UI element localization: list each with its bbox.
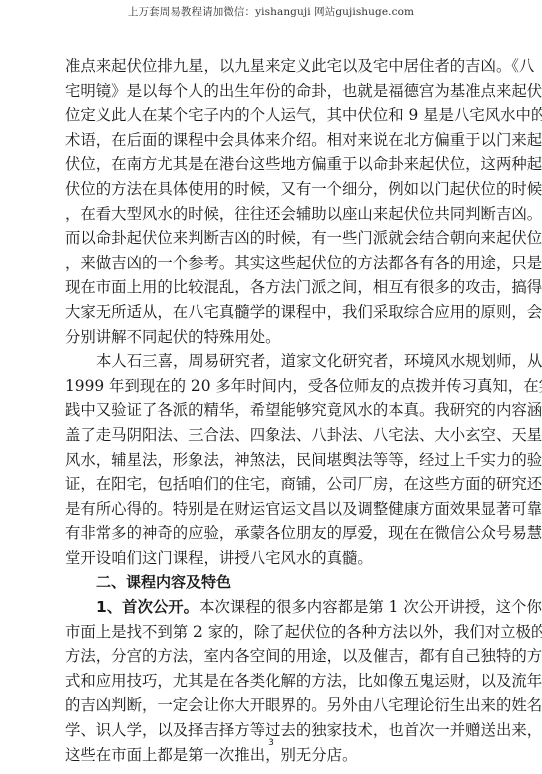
text-span: 本次课程的很多内容都是第 1 次公开讲授，这个你在 xyxy=(199,598,542,616)
text-line: 1、首次公开。本次课程的很多内容都是第 1 次公开讲授，这个你在 xyxy=(65,595,479,620)
section-heading: 二、课程内容及特色 xyxy=(65,570,479,595)
text-line: 1999 年到现在的 20 多年时间内，受各位师友的点拨并传习真知，在实 xyxy=(65,374,479,399)
text-line: 风水，辅星法，形象法，神煞法，民间堪舆法等等，经过上千实力的验 xyxy=(65,448,479,473)
document-body: 准点来起伏位排九星，以九星来定义此宅以及宅中居住者的吉凶。《八 宅明镜》是以每个… xyxy=(65,54,479,767)
text-line: 方法，分宫的方法，室内各空间的用途，以及催吉，都有自己独特的方 xyxy=(65,644,479,669)
paragraph-1: 准点来起伏位排九星，以九星来定义此宅以及宅中居住者的吉凶。《八 宅明镜》是以每个… xyxy=(65,54,479,349)
text-line: 分别讲解不同起伏的特殊用处。 xyxy=(65,325,479,350)
text-line: 现在市面上用的比较混乱，各方法门派之间，相互有很多的攻击，搞得 xyxy=(65,275,479,300)
page-header-watermark: 上万套周易教程请加微信：yishanguji 网站gujishuge.com xyxy=(0,4,542,19)
text-line: 市面上是找不到第 2 家的，除了起伏位的各种方法以外，我们对立极的 xyxy=(65,620,479,645)
text-line: ，来做吉凶的一个参考。其实这些起伏位的方法都各有各的用途，只是 xyxy=(65,251,479,276)
text-line: 的吉凶判断，一定会让你大开眼界的。另外由八宅理论衍生出来的姓名 xyxy=(65,693,479,718)
text-line: 宅明镜》是以每个人的出生年份的命卦，也就是福德宫为基准点来起伏 xyxy=(65,79,479,104)
text-line: 伏位的方法在具体使用的时候，又有一个细分，例如以门起伏位的时候 xyxy=(65,177,479,202)
text-line: 大家无所适从，在八宅真髓学的课程中，我们采取综合应用的原则，会 xyxy=(65,300,479,325)
paragraph-2: 本人石三喜，周易研究者，道家文化研究者，环境风水规划师，从 1999 年到现在的… xyxy=(65,349,479,570)
text-line: 而以命卦起伏位来判断吉凶的时候，有一些门派就会结合朝向来起伏位 xyxy=(65,226,479,251)
text-line: 有非常多的神奇的应验，承蒙各位朋友的厚爱，现在在微信公众号易慧 xyxy=(65,521,479,546)
page-number: 3 xyxy=(0,738,542,748)
item-lead-title: 1、首次公开。 xyxy=(96,598,199,616)
text-line: 堂开设咱们这门课程，讲授八宅风水的真髓。 xyxy=(65,546,479,571)
text-line: 践中又验证了各派的精华，希望能够究竟风水的本真。我研究的内容涵 xyxy=(65,398,479,423)
text-line: 位定义此人在某个宅子内的个人运气，其中伏位和 9 星是八宅风水中的 xyxy=(65,103,479,128)
text-line: 准点来起伏位排九星，以九星来定义此宅以及宅中居住者的吉凶。《八 xyxy=(65,54,479,79)
text-line: 盖了走马阴阳法、三合法、四象法、八卦法、八宅法、大小玄空、天星 xyxy=(65,423,479,448)
text-line: 证，在阳宅，包括咱们的住宅，商铺，公司厂房，在这些方面的研究还 xyxy=(65,472,479,497)
text-line: ，在看大型风水的时候，往往还会辅助以座山来起伏位共同判断吉凶。 xyxy=(65,202,479,227)
text-line: 本人石三喜，周易研究者，道家文化研究者，环境风水规划师，从 xyxy=(65,349,479,374)
text-line: 式和应用技巧，尤其是在各类化解的方法，比如像五鬼运财，以及流年 xyxy=(65,669,479,694)
text-line: 是有所心得的。特别是在财运官运文昌以及调整健康方面效果显著可靠， xyxy=(65,497,479,522)
text-line: 伏位，在南方尤其是在港台这些地方偏重于以命卦来起伏位，这两种起 xyxy=(65,152,479,177)
text-line: 术语，在后面的课程中会具体来介绍。相对来说在北方偏重于以门来起 xyxy=(65,128,479,153)
